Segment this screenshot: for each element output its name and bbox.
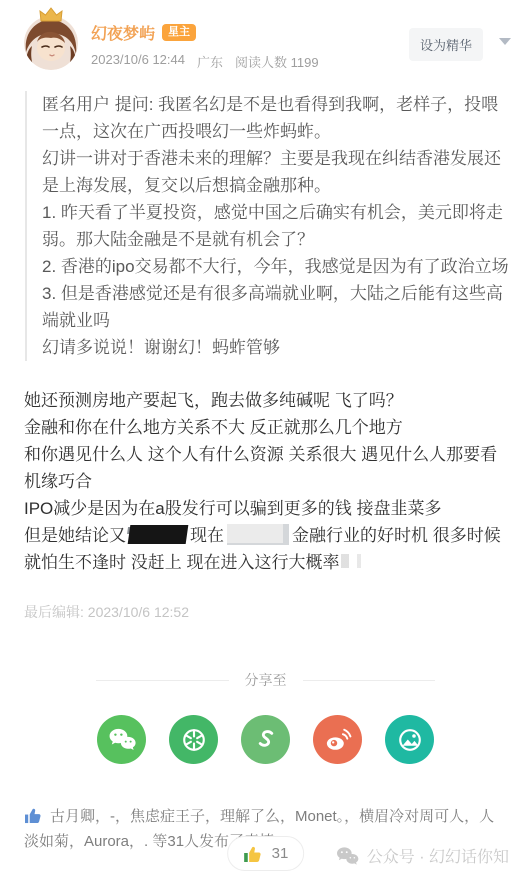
reply-body: 她还预测房地产要起飞，跑去做多纯碱呢 飞了吗？ 金融和你在什么地方关系不大 反正… <box>24 387 509 576</box>
avatar[interactable] <box>24 16 78 70</box>
quoted-question: 匿名用户 提问: 我匿名幻是不是也看得到我啊，老样子，投喂一点，这次在广西投喂幻… <box>25 91 509 361</box>
post-location: 广东 <box>197 52 223 71</box>
quote-paragraph: 1. 昨天看了半夏投资，感觉中国之后确实有机会，美元即将走弱。那大陆金融是不是就… <box>42 199 509 253</box>
chevron-down-icon[interactable] <box>499 38 511 45</box>
read-count: 阅读人数 1199 <box>235 52 319 71</box>
watermark: 公众号 · 幻幻话你知 <box>335 844 509 867</box>
user-info: 幻夜梦屿 星主 2023/10/6 12:44 广东 阅读人数 1199 <box>91 16 409 71</box>
quote-paragraph: 匿名用户 提问: 我匿名幻是不是也看得到我啊，老样子，投喂一点，这次在广西投喂幻… <box>42 91 509 145</box>
reply-paragraph: 和你遇见什么人 这个人有什么资源 关系很大 遇见什么人那要看机缘巧合 <box>24 441 509 495</box>
set-featured-button[interactable]: 设为精华 <box>409 28 483 61</box>
reply-text-segment: 现在 <box>190 526 224 545</box>
reply-text-segment: 但是她结论又 <box>24 526 126 545</box>
divider-line <box>96 680 229 681</box>
owner-badge: 星主 <box>162 24 196 41</box>
wechat-gray-icon <box>335 846 359 866</box>
share-weibo-icon[interactable] <box>313 715 362 764</box>
post-meta: 2023/10/6 12:44 广东 阅读人数 1199 <box>91 52 409 71</box>
share-to-label: 分享至 <box>245 670 287 690</box>
redaction-faded-marks <box>341 554 385 568</box>
share-wechat-icon[interactable] <box>97 715 146 764</box>
last-edited-note: 最后编辑: 2023/10/6 12:52 <box>24 602 507 622</box>
post-header: 幻夜梦屿 星主 2023/10/6 12:44 广东 阅读人数 1199 设为精… <box>0 0 531 71</box>
like-count: 31 <box>272 845 289 862</box>
share-divider: 分享至 <box>96 670 435 690</box>
divider-line <box>303 680 436 681</box>
footer: 31 公众号 · 幻幻话你知 <box>0 836 531 880</box>
redaction-dark-box <box>128 525 189 544</box>
reply-paragraph: IPO减少是因为在a股发行可以骗到更多的钱 接盘韭菜多 <box>24 495 509 522</box>
thumbs-up-emoji-icon <box>243 844 263 863</box>
quote-paragraph: 幻讲一讲对于香港未来的理解？主要是我现在纠结香港发展还是上海发展，复交以后想搞金… <box>42 145 509 199</box>
thumbs-up-icon <box>24 807 43 824</box>
share-wechat-moments-icon[interactable] <box>169 715 218 764</box>
quote-paragraph: 3. 但是香港感觉还是有很多高端就业啊，大陆之后能有这些高端就业吗 <box>42 280 509 334</box>
reply-paragraph-redacted: 但是她结论又现在金融行业的好时机 很多时候就怕生不逢时 没赶上 现在进入这行大概… <box>24 522 509 576</box>
like-button[interactable]: 31 <box>227 836 305 871</box>
share-loop-icon[interactable] <box>241 715 290 764</box>
watermark-text: 公众号 · 幻幻话你知 <box>367 844 509 867</box>
crown-icon <box>39 7 63 23</box>
reply-paragraph: 金融和你在什么地方关系不大 反正就那么几个地方 <box>24 414 509 441</box>
redaction-light-box <box>227 524 289 545</box>
share-icons-row <box>0 715 531 764</box>
username[interactable]: 幻夜梦屿 <box>91 21 155 44</box>
avatar-image <box>24 16 78 70</box>
quote-paragraph: 2. 香港的ipo交易都不大行，今年，我感觉是因为有了政治立场 <box>42 253 509 280</box>
quote-paragraph: 幻请多说说！谢谢幻！蚂蚱管够 <box>42 334 509 361</box>
share-poster-image-icon[interactable] <box>385 715 434 764</box>
reply-paragraph: 她还预测房地产要起飞，跑去做多纯碱呢 飞了吗？ <box>24 387 509 414</box>
post-date: 2023/10/6 12:44 <box>91 52 185 71</box>
